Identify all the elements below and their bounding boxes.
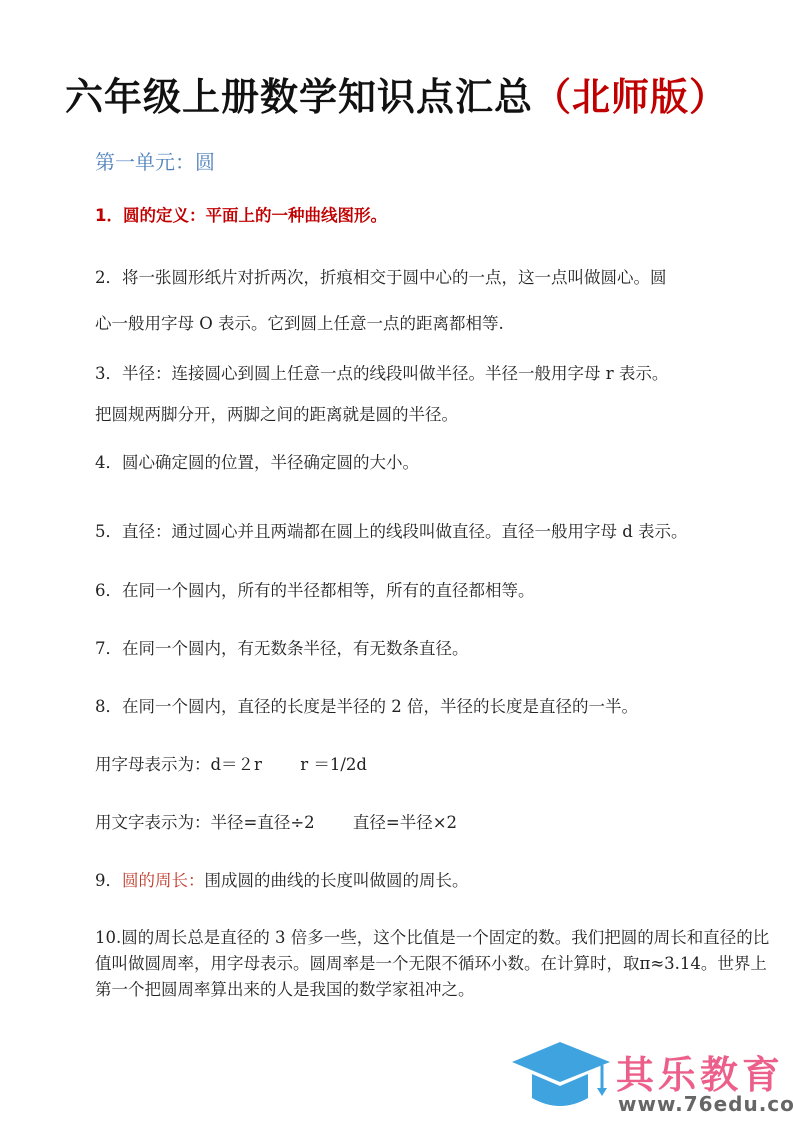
title-main: 六年级上册数学知识点汇总 [65, 75, 533, 119]
item-1: 1．圆的定义：平面上的一种曲线图形。 [95, 208, 387, 225]
item-4: 4．圆心确定圆的位置，半径确定圆的大小。 [95, 455, 419, 472]
formula-letters: 用字母表示为：d＝２r r ＝1/2d [95, 757, 367, 774]
item-3-line1: 3．半径：连接圆心到圆上任意一点的线段叫做半径。半径一般用字母 r 表示。 [95, 366, 668, 383]
item-9-definition: 围成圆的曲线的长度叫做圆的周长。 [205, 871, 469, 890]
document-title: 六年级上册数学知识点汇总（北师版） [0, 66, 793, 121]
item-9: 9．圆的周长：围成圆的曲线的长度叫做圆的周长。 [95, 873, 469, 890]
formula-words: 用文字表示为：半径=直径÷2 直径=半径×2 [95, 815, 457, 832]
item-10: 10.圆的周长总是直径的 3 倍多一些，这个比值是一个固定的数。我们把圆的周长和… [95, 925, 775, 1003]
brand-url: www.76edu.com [618, 1092, 793, 1116]
item-6: 6．在同一个圆内，所有的半径都相等，所有的直径都相等。 [95, 583, 535, 600]
item-9-term: 圆的周长： [122, 871, 205, 890]
brand-name: 其乐教育 [616, 1044, 784, 1099]
item-8: 8．在同一个圆内，直径的长度是半径的 2 倍，半径的长度是直径的一半。 [95, 699, 638, 716]
item-7: 7．在同一个圆内，有无数条半径，有无数条直径。 [95, 641, 469, 658]
item-2-line2: 心一般用字母 O 表示。它到圆上任意一点的距离都相等. [95, 316, 504, 333]
item-5: 5．直径：通过圆心并且两端都在圆上的线段叫做直径。直径一般用字母 d 表示。 [95, 524, 688, 541]
graduation-cap-icon [508, 1040, 613, 1115]
item-9-number: 9． [95, 871, 122, 890]
item-2-line1: 2．将一张圆形纸片对折两次，折痕相交于圆中心的一点，这一点叫做圆心。圆 [95, 270, 667, 287]
watermark-logo: 其乐教育 www.76edu.com [508, 1040, 793, 1115]
item-3-line2: 把圆规两脚分开，两脚之间的距离就是圆的半径。 [95, 407, 458, 424]
unit-heading: 第一单元：圆 [95, 146, 215, 175]
title-edition: （北师版） [533, 75, 728, 119]
